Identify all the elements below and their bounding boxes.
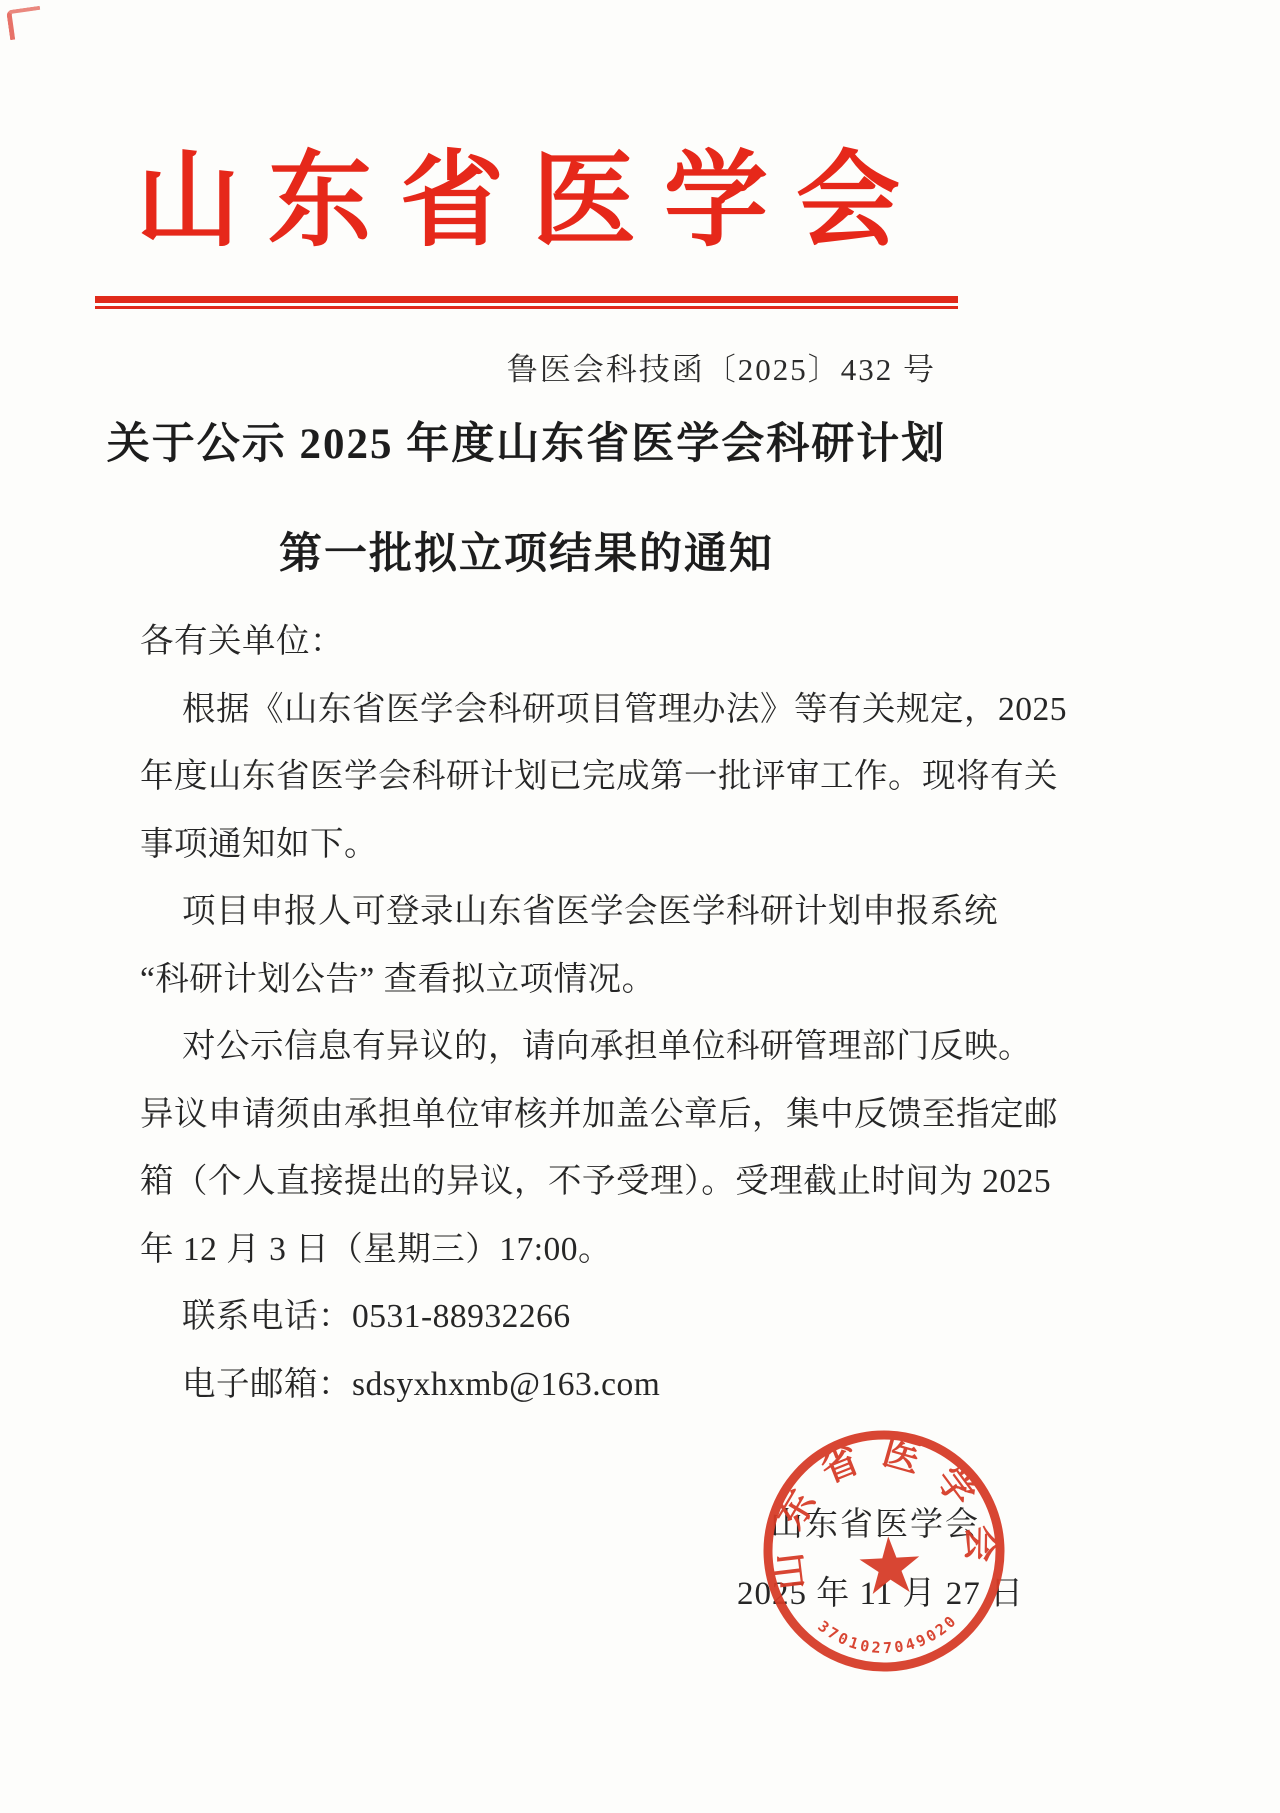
letterhead-divider-rule: [95, 296, 958, 309]
body-line: “科研计划公告” 查看拟立项情况。: [140, 946, 960, 1014]
scan-corner-artifact: [6, 6, 44, 40]
scanned-notice-page: 山东省医学会 鲁医会科技函〔2025〕432 号 关于公示 2025 年度山东省…: [0, 0, 1280, 1813]
notice-title-line-1: 关于公示 2025 年度山东省医学会科研计划: [95, 410, 958, 471]
salutation-line: 各有关单位：: [140, 608, 960, 676]
contact-email-line: 电子邮箱：sdsyxhxmb@163.com: [182, 1351, 960, 1419]
body-line: 事项通知如下。: [140, 811, 960, 879]
official-seal: 山东省医学会 ★ 3701027049020: [755, 1422, 1014, 1681]
seal-star-icon: ★: [853, 1521, 927, 1612]
letterhead-org-title: 山东省医学会: [136, 146, 928, 258]
contact-phone-line: 联系电话：0531-88932266: [182, 1283, 960, 1351]
body-line: 项目申报人可登录山东省医学会医学科研计划申报系统: [182, 878, 960, 946]
body-line: 根据《山东省医学会科研项目管理办法》等有关规定，2025: [182, 676, 960, 744]
body-line: 年度山东省医学会科研计划已完成第一批评审工作。现将有关: [140, 743, 960, 811]
reference-number: 鲁医会科技函〔2025〕432 号: [95, 344, 958, 389]
notice-body: 各有关单位： 根据《山东省医学会科研项目管理办法》等有关规定，2025 年度山东…: [140, 608, 960, 1418]
official-seal-graphic: 山东省医学会 ★ 3701027049020: [755, 1422, 1014, 1681]
body-line: 异议申请须由承担单位审核并加盖公章后，集中反馈至指定邮: [140, 1081, 960, 1149]
notice-title-line-2: 第一批拟立项结果的通知: [95, 520, 958, 581]
body-line: 对公示信息有异议的，请向承担单位科研管理部门反映。: [182, 1013, 960, 1081]
body-line: 年 12 月 3 日（星期三）17:00。: [140, 1216, 960, 1284]
body-line: 箱（个人直接提出的异议，不予受理）。受理截止时间为 2025: [140, 1148, 960, 1216]
letterhead-divider-thin-rule: [95, 306, 958, 309]
